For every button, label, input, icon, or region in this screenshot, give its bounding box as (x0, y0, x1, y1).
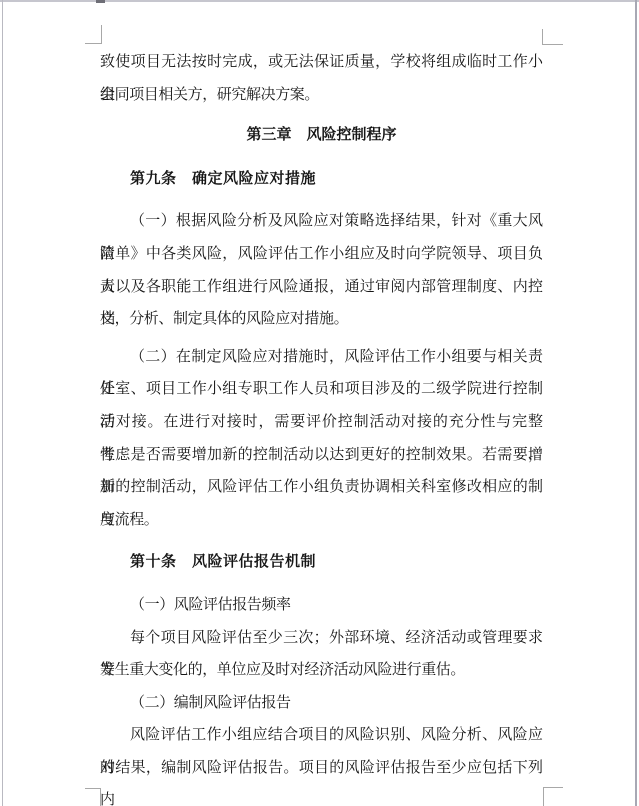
heading-text[interactable]: 第十条 风险评估报告机制 (100, 546, 543, 579)
text-line[interactable]: 处室、项目工作小组专职工作人员和项目涉及的二级学院进行控制活 (100, 373, 543, 406)
paragraph: 每个项目风险评估至少三次；外部环境、经济活动或管理要求等发生重大变化的，单位应及… (100, 622, 543, 687)
text-line[interactable]: 发生重大变化的，单位应及时对经济活动风险进行重估。 (100, 654, 543, 687)
article-heading: 第十条 风险评估报告机制 (100, 546, 543, 579)
page-edge-left (2, 0, 3, 806)
page-edge-right (635, 0, 637, 806)
text-line[interactable]: （一）风险评估报告频率 (100, 589, 543, 622)
margin-crop-mark-bottom-right (543, 787, 563, 806)
paragraph: （二）在制定风险应对措施时，风险评估工作小组要与相关责任处室、项目工作小组专职工… (100, 341, 543, 537)
text-line[interactable]: 新的控制活动，风险评估工作小组负责协调相关科室修改相应的制度 (100, 471, 543, 504)
text-line[interactable]: 与流程。 (100, 504, 543, 537)
text-line[interactable]: 每个项目风险评估至少三次；外部环境、经济活动或管理要求等 (100, 622, 543, 655)
article-heading: 第九条 确定风险应对措施 (100, 163, 543, 196)
text-line[interactable]: （二）在制定风险应对措施时，风险评估工作小组要与相关责任 (100, 341, 543, 374)
text-line[interactable]: 的结果，编制风险评估报告。项目的风险评估报告至少应包括下列内 (100, 752, 543, 785)
word-document-page[interactable]: 致使项目无法按时完成，或无法保证质量，学校将组成临时工作小组会同项目相关方，研究… (0, 0, 639, 806)
text-line[interactable]: 风险评估工作小组应结合项目的风险识别、风险分析、风险应对 (100, 719, 543, 752)
heading-text[interactable]: 第三章 风险控制程序 (100, 119, 543, 152)
margin-crop-mark-top-left (85, 25, 102, 44)
top-edge-artifact (96, 0, 105, 3)
paragraph: （一）根据风险分析及风险应对策略选择结果，针对《重大风险清单》中各类风险，风险评… (100, 205, 543, 335)
text-line[interactable]: 会同项目相关方，研究解决方案。 (100, 79, 543, 112)
document-body[interactable]: 致使项目无法按时完成，或无法保证质量，学校将组成临时工作小组会同项目相关方，研究… (100, 46, 543, 784)
text-line[interactable]: （二）编制风险评估报告 (100, 687, 543, 720)
text-line[interactable]: 清单》中各类风险，风险评估工作小组应及时向学院领导、项目负责 (100, 238, 543, 271)
chapter-heading: 第三章 风险控制程序 (100, 119, 543, 152)
text-line[interactable]: 档，分析、制定具体的风险应对措施。 (100, 303, 543, 336)
paragraph: 风险评估工作小组应结合项目的风险识别、风险分析、风险应对的结果，编制风险评估报告… (100, 719, 543, 784)
paragraph: 致使项目无法按时完成，或无法保证质量，学校将组成临时工作小组会同项目相关方，研究… (100, 46, 543, 111)
text-line[interactable]: 致使项目无法按时完成，或无法保证质量，学校将组成临时工作小组 (100, 46, 543, 79)
text-line[interactable]: 人以及各职能工作组进行风险通报，通过审阅内部管理制度、内控文 (100, 271, 543, 304)
heading-text[interactable]: 第九条 确定风险应对措施 (100, 163, 543, 196)
text-line[interactable]: 动对接。在进行对接时，需要评价控制活动对接的充分性与完整性， (100, 406, 543, 439)
text-line[interactable]: 考虑是否需要增加新的控制活动以达到更好的控制效果。若需要增加 (100, 439, 543, 472)
paragraph: （二）编制风险评估报告 (100, 687, 543, 720)
paragraph: （一）风险评估报告频率 (100, 589, 543, 622)
margin-crop-mark-bottom-left (85, 788, 101, 806)
text-line[interactable]: （一）根据风险分析及风险应对策略选择结果，针对《重大风险 (100, 205, 543, 238)
margin-crop-mark-top-right (542, 29, 563, 45)
